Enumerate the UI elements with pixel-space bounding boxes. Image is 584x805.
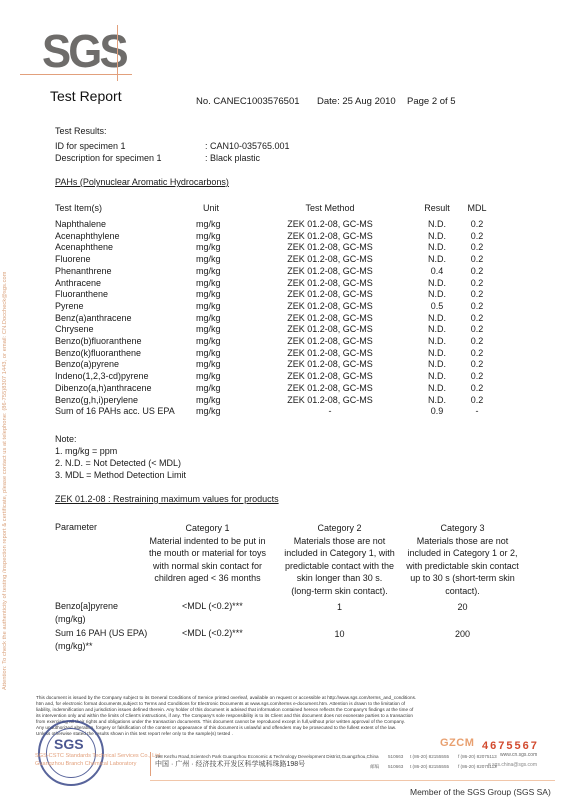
zip-code-cn: 510663 (388, 764, 403, 769)
pah-table-row: Anthracenemg/kgZEK 01.2-08, GC-MSN.D.0.2 (0, 278, 584, 290)
pah-mdl-text: 0.2 (471, 383, 484, 394)
zek-row-cat3-value: 200 (400, 628, 525, 641)
pah-unit: mg/kg (196, 371, 221, 382)
pah-item-name: Pyrene (55, 301, 84, 312)
pah-table-row: Acenaphthenemg/kgZEK 01.2-08, GC-MSN.D.0… (0, 242, 584, 254)
category-desc-line: predictable contact with the (277, 560, 402, 573)
col-header-test-item: Test Item(s) (55, 203, 102, 214)
pah-mdl-text: 0.2 (471, 219, 484, 230)
pah-table-row: Dibenzo(a,h)anthracenemg/kgZEK 01.2-08, … (0, 383, 584, 395)
pah-method-text: ZEK 01.2-08, GC-MS (287, 348, 373, 359)
category-desc-line: with normal skin contact for (145, 560, 270, 573)
pah-unit: mg/kg (196, 242, 221, 253)
pah-mdl-text: 0.2 (471, 395, 484, 406)
pah-item-name: Chrysene (55, 324, 94, 335)
pah-table-row: Pyrenemg/kgZEK 01.2-08, GC-MS0.50.2 (0, 301, 584, 313)
category-desc-line: contact). (400, 585, 525, 598)
test-results-heading: Test Results: (55, 126, 107, 137)
page-indicator: Page 2 of 5 (407, 96, 456, 107)
pah-result-text: N.D. (428, 371, 446, 382)
zek-value-text: 10 (277, 628, 402, 641)
pah-result-text: N.D. (428, 313, 446, 324)
specimen-id-label: ID for specimen 1 (55, 141, 126, 152)
note-heading: Note: (55, 434, 77, 445)
serial-number: 4675567 (482, 740, 539, 752)
pah-mdl-text: 0.2 (471, 266, 484, 277)
disclaimer-line: Unless otherwise stated the results show… (36, 731, 564, 737)
pah-item-name: Fluorene (55, 254, 91, 265)
pah-method-text: ZEK 01.2-08, GC-MS (287, 278, 373, 289)
pah-method-text: ZEK 01.2-08, GC-MS (287, 313, 373, 324)
pah-item-name: Naphthalene (55, 219, 106, 230)
pah-result-text: N.D. (428, 289, 446, 300)
category-desc-line: included in Category 1 or 2, (400, 547, 525, 560)
pah-item-name: Benzo(b)fluoranthene (55, 336, 142, 347)
pah-table-row: Sum of 16 PAHs acc. US EPAmg/kg-0.9- (0, 406, 584, 418)
pah-method-text: ZEK 01.2-08, GC-MS (287, 266, 373, 277)
footer-company: SGS-CSTC Standards Technical Services Co… (35, 752, 161, 768)
footer-rule (150, 780, 555, 781)
zek-parameter-header: Parameter (55, 522, 97, 533)
address-chinese: 中国 · 广州 · 经济技术开发区科学城科珠路198号 (155, 761, 379, 769)
pah-result-text: N.D. (428, 254, 446, 265)
category-desc-line: Material indented to be put in (145, 535, 270, 548)
pah-method-text: ZEK 01.2-08, GC-MS (287, 301, 373, 312)
category-desc-line: with predictable skin contact (400, 560, 525, 573)
col-header-mdl-text: MDL (468, 203, 487, 214)
pah-unit: mg/kg (196, 313, 221, 324)
category-desc-line: Materials those are not (400, 535, 525, 548)
pah-result-text: N.D. (428, 359, 446, 370)
pah-unit: mg/kg (196, 383, 221, 394)
pah-item-name: Dibenzo(a,h)anthracene (55, 383, 152, 394)
pah-method-text: - (329, 406, 332, 417)
pah-mdl-text: - (476, 406, 479, 417)
report-number: No. CANEC1003576501 (196, 96, 300, 107)
pah-method-text: ZEK 01.2-08, GC-MS (287, 359, 373, 370)
pah-mdl-text: 0.2 (471, 254, 484, 265)
pah-mdl-text: 0.2 (471, 348, 484, 359)
pah-table-row: Acenaphthylenemg/kgZEK 01.2-08, GC-MSN.D… (0, 231, 584, 243)
pah-item-name: Sum of 16 PAHs acc. US EPA (55, 406, 175, 417)
pah-table-header: Test Item(s) Unit Test Method Result MDL (0, 203, 584, 215)
pah-table-row: Fluoranthenemg/kgZEK 01.2-08, GC-MSN.D.0… (0, 289, 584, 301)
col-header-test-method-text: Test Method (305, 203, 354, 214)
pah-method-text: ZEK 01.2-08, GC-MS (287, 395, 373, 406)
pah-result-text: N.D. (428, 219, 446, 230)
footer-divider (150, 752, 151, 776)
zek-value-text: 20 (400, 601, 525, 614)
pah-unit: mg/kg (196, 219, 221, 230)
pah-table-row: Phenanthrenemg/kgZEK 01.2-08, GC-MS0.40.… (0, 266, 584, 278)
pah-unit: mg/kg (196, 348, 221, 359)
stamp-text: SGS (54, 736, 84, 752)
telephone: t (86-20) 82155555 (410, 754, 449, 759)
pah-mdl-text: 0.2 (471, 371, 484, 382)
zek-category-2: Category 2 Materials those are not inclu… (277, 522, 402, 597)
pah-unit: mg/kg (196, 231, 221, 242)
pah-item-name: Acenaphthylene (55, 231, 120, 242)
pah-item-name: Acenaphthene (55, 242, 113, 253)
pah-method-text: ZEK 01.2-08, GC-MS (287, 383, 373, 394)
note-item: 2. N.D. = Not Detected (< MDL) (55, 458, 181, 469)
pah-mdl-text: 0.2 (471, 301, 484, 312)
zek-category-3: Category 3 Materials those are not inclu… (400, 522, 525, 597)
zip-label-cn: 邮编 (370, 764, 379, 770)
pah-result-text: N.D. (428, 231, 446, 242)
zek-row-cat3-value: 20 (400, 601, 525, 614)
pah-method-text: ZEK 01.2-08, GC-MS (287, 371, 373, 382)
pah-unit: mg/kg (196, 406, 221, 417)
sgs-logo: SGS (20, 25, 135, 81)
specimen-id-value: : CAN10-035765.001 (205, 141, 290, 152)
pah-method-text: ZEK 01.2-08, GC-MS (287, 219, 373, 230)
pah-result-text: 0.5 (431, 301, 444, 312)
pah-table-row: Benzo(k)fluoranthenemg/kgZEK 01.2-08, GC… (0, 348, 584, 360)
pah-mdl-text: 0.2 (471, 242, 484, 253)
member-of-sgs-group: Member of the SGS Group (SGS SA) (410, 787, 551, 797)
zek-row-parameter: Benzo[a]pyrene (55, 601, 118, 612)
pah-item-name: Benzo(g,h,i)perylene (55, 395, 138, 406)
pah-result-text: N.D. (428, 278, 446, 289)
pah-table-row: Naphthalenemg/kgZEK 01.2-08, GC-MSN.D.0.… (0, 219, 584, 231)
pah-result-text: N.D. (428, 324, 446, 335)
pah-item-name: Phenanthrene (55, 266, 112, 277)
pah-result-text: N.D. (428, 336, 446, 347)
address-english: 198 Kezhu Road,Scientech Park Guangzhou … (155, 753, 379, 761)
specimen-description-label: Description for specimen 1 (55, 153, 162, 164)
company-branch: Guangzhou Branch Chemical Laboratory (35, 760, 161, 768)
pah-item-name: Benz(a)anthracene (55, 313, 132, 324)
pah-item-name: Anthracene (55, 278, 101, 289)
pah-mdl-text: 0.2 (471, 324, 484, 335)
pah-item-name: Fluoranthene (55, 289, 108, 300)
category-desc-line: Materials those are not (277, 535, 402, 548)
pah-table-row: Benzo(b)fluoranthenemg/kgZEK 01.2-08, GC… (0, 336, 584, 348)
pah-item-name: Benzo(a)pyrene (55, 359, 119, 370)
zek-row-cat2-value: 10 (277, 628, 402, 641)
zek-section-title: ZEK 01.2-08 : Restraining maximum values… (55, 494, 279, 505)
pah-mdl-text: 0.2 (471, 278, 484, 289)
pah-unit: mg/kg (196, 359, 221, 370)
col-header-unit: Unit (203, 203, 219, 214)
pah-mdl-text: 0.2 (471, 336, 484, 347)
category-desc-line: included in Category 1, with (277, 547, 402, 560)
pah-method-text: ZEK 01.2-08, GC-MS (287, 231, 373, 242)
pah-unit: mg/kg (196, 301, 221, 312)
legal-disclaimer: This document is issued by the Company s… (36, 695, 564, 737)
pah-unit: mg/kg (196, 336, 221, 347)
pah-result-text: N.D. (428, 242, 446, 253)
pah-unit: mg/kg (196, 289, 221, 300)
pah-unit: mg/kg (196, 324, 221, 335)
zek-row-parameter-unit: (mg/kg) (55, 614, 86, 625)
zek-row-cat2-value: 1 (277, 601, 402, 614)
pah-result-text: 0.4 (431, 266, 444, 277)
category-desc-line: up to 30 s (short-term skin (400, 572, 525, 585)
zek-row-cat1-value: <MDL (<0.2)*** (182, 601, 243, 612)
gzcm-code: GZCM (440, 737, 474, 749)
zek-value-text: 1 (277, 601, 402, 614)
sgs-logo-text: SGS (42, 25, 126, 77)
pah-table-row: Benzo(a)pyrenemg/kgZEK 01.2-08, GC-MSN.D… (0, 359, 584, 371)
pah-mdl-text: 0.2 (471, 231, 484, 242)
specimen-description-value: : Black plastic (205, 153, 260, 164)
pah-result-text: N.D. (428, 348, 446, 359)
category-desc-line: skin longer than 30 s. (277, 572, 402, 585)
pah-item-name: Indeno(1,2,3-cd)pyrene (55, 371, 149, 382)
pah-mdl-text: 0.2 (471, 313, 484, 324)
pah-mdl-text: 0.2 (471, 289, 484, 300)
email-link[interactable]: e sgs.china@sgs.com (488, 762, 537, 768)
category-desc-line: children aged < 36 months (145, 572, 270, 585)
pah-table-row: Benzo(g,h,i)perylenemg/kgZEK 01.2-08, GC… (0, 395, 584, 407)
pah-unit: mg/kg (196, 395, 221, 406)
pah-method-text: ZEK 01.2-08, GC-MS (287, 336, 373, 347)
fax: f (86-20) 82075113 (458, 754, 497, 759)
pah-method-text: ZEK 01.2-08, GC-MS (287, 289, 373, 300)
telephone-2: t (86-20) 82155555 (410, 764, 449, 769)
pah-item-name: Benzo(k)fluoranthene (55, 348, 141, 359)
note-item: 3. MDL = Method Detection Limit (55, 470, 186, 481)
category-desc-line: (long-term skin contact). (277, 585, 402, 598)
category-desc-line: the mouth or material for toys (145, 547, 270, 560)
logo-horizontal-rule (20, 74, 132, 75)
zip-code: 510663 (388, 754, 403, 759)
pah-table-row: Benz(a)anthracenemg/kgZEK 01.2-08, GC-MS… (0, 313, 584, 325)
pah-section-title: PAHs (Polynuclear Aromatic Hydrocarbons) (55, 177, 229, 188)
report-title: Test Report (50, 88, 122, 104)
logo-vertical-rule (117, 25, 118, 81)
pah-method-text: ZEK 01.2-08, GC-MS (287, 242, 373, 253)
pah-result-text: 0.9 (431, 406, 444, 417)
pah-unit: mg/kg (196, 254, 221, 265)
report-date: Date: 25 Aug 2010 (317, 96, 396, 107)
pah-unit: mg/kg (196, 278, 221, 289)
pah-result-text: N.D. (428, 383, 446, 394)
pah-table-row: Chrysenemg/kgZEK 01.2-08, GC-MSN.D.0.2 (0, 324, 584, 336)
pah-result-text: N.D. (428, 395, 446, 406)
category-title: Category 3 (400, 522, 525, 535)
col-header-result-text: Result (424, 203, 450, 214)
pah-unit: mg/kg (196, 266, 221, 277)
zek-row-parameter: Sum 16 PAH (US EPA) (55, 628, 147, 639)
category-title: Category 2 (277, 522, 402, 535)
pah-method-text: ZEK 01.2-08, GC-MS (287, 324, 373, 335)
pah-mdl-text: 0.2 (471, 359, 484, 370)
company-name: SGS-CSTC Standards Technical Services Co… (35, 752, 161, 760)
category-title: Category 1 (145, 522, 270, 535)
zek-row-cat1-value: <MDL (<0.2)*** (182, 628, 243, 639)
footer-address: 198 Kezhu Road,Scientech Park Guangzhou … (155, 753, 379, 769)
pah-table-row: Fluorenemg/kgZEK 01.2-08, GC-MSN.D.0.2 (0, 254, 584, 266)
zek-category-1: Category 1 Material indented to be put i… (145, 522, 270, 585)
zek-row-parameter-unit: (mg/kg)** (55, 641, 93, 652)
pah-method-text: ZEK 01.2-08, GC-MS (287, 254, 373, 265)
pah-table-row: Indeno(1,2,3-cd)pyrenemg/kgZEK 01.2-08, … (0, 371, 584, 383)
note-item: 1. mg/kg = ppm (55, 446, 117, 457)
website-link[interactable]: www.cn.sgs.com (500, 752, 537, 758)
zek-value-text: 200 (400, 628, 525, 641)
